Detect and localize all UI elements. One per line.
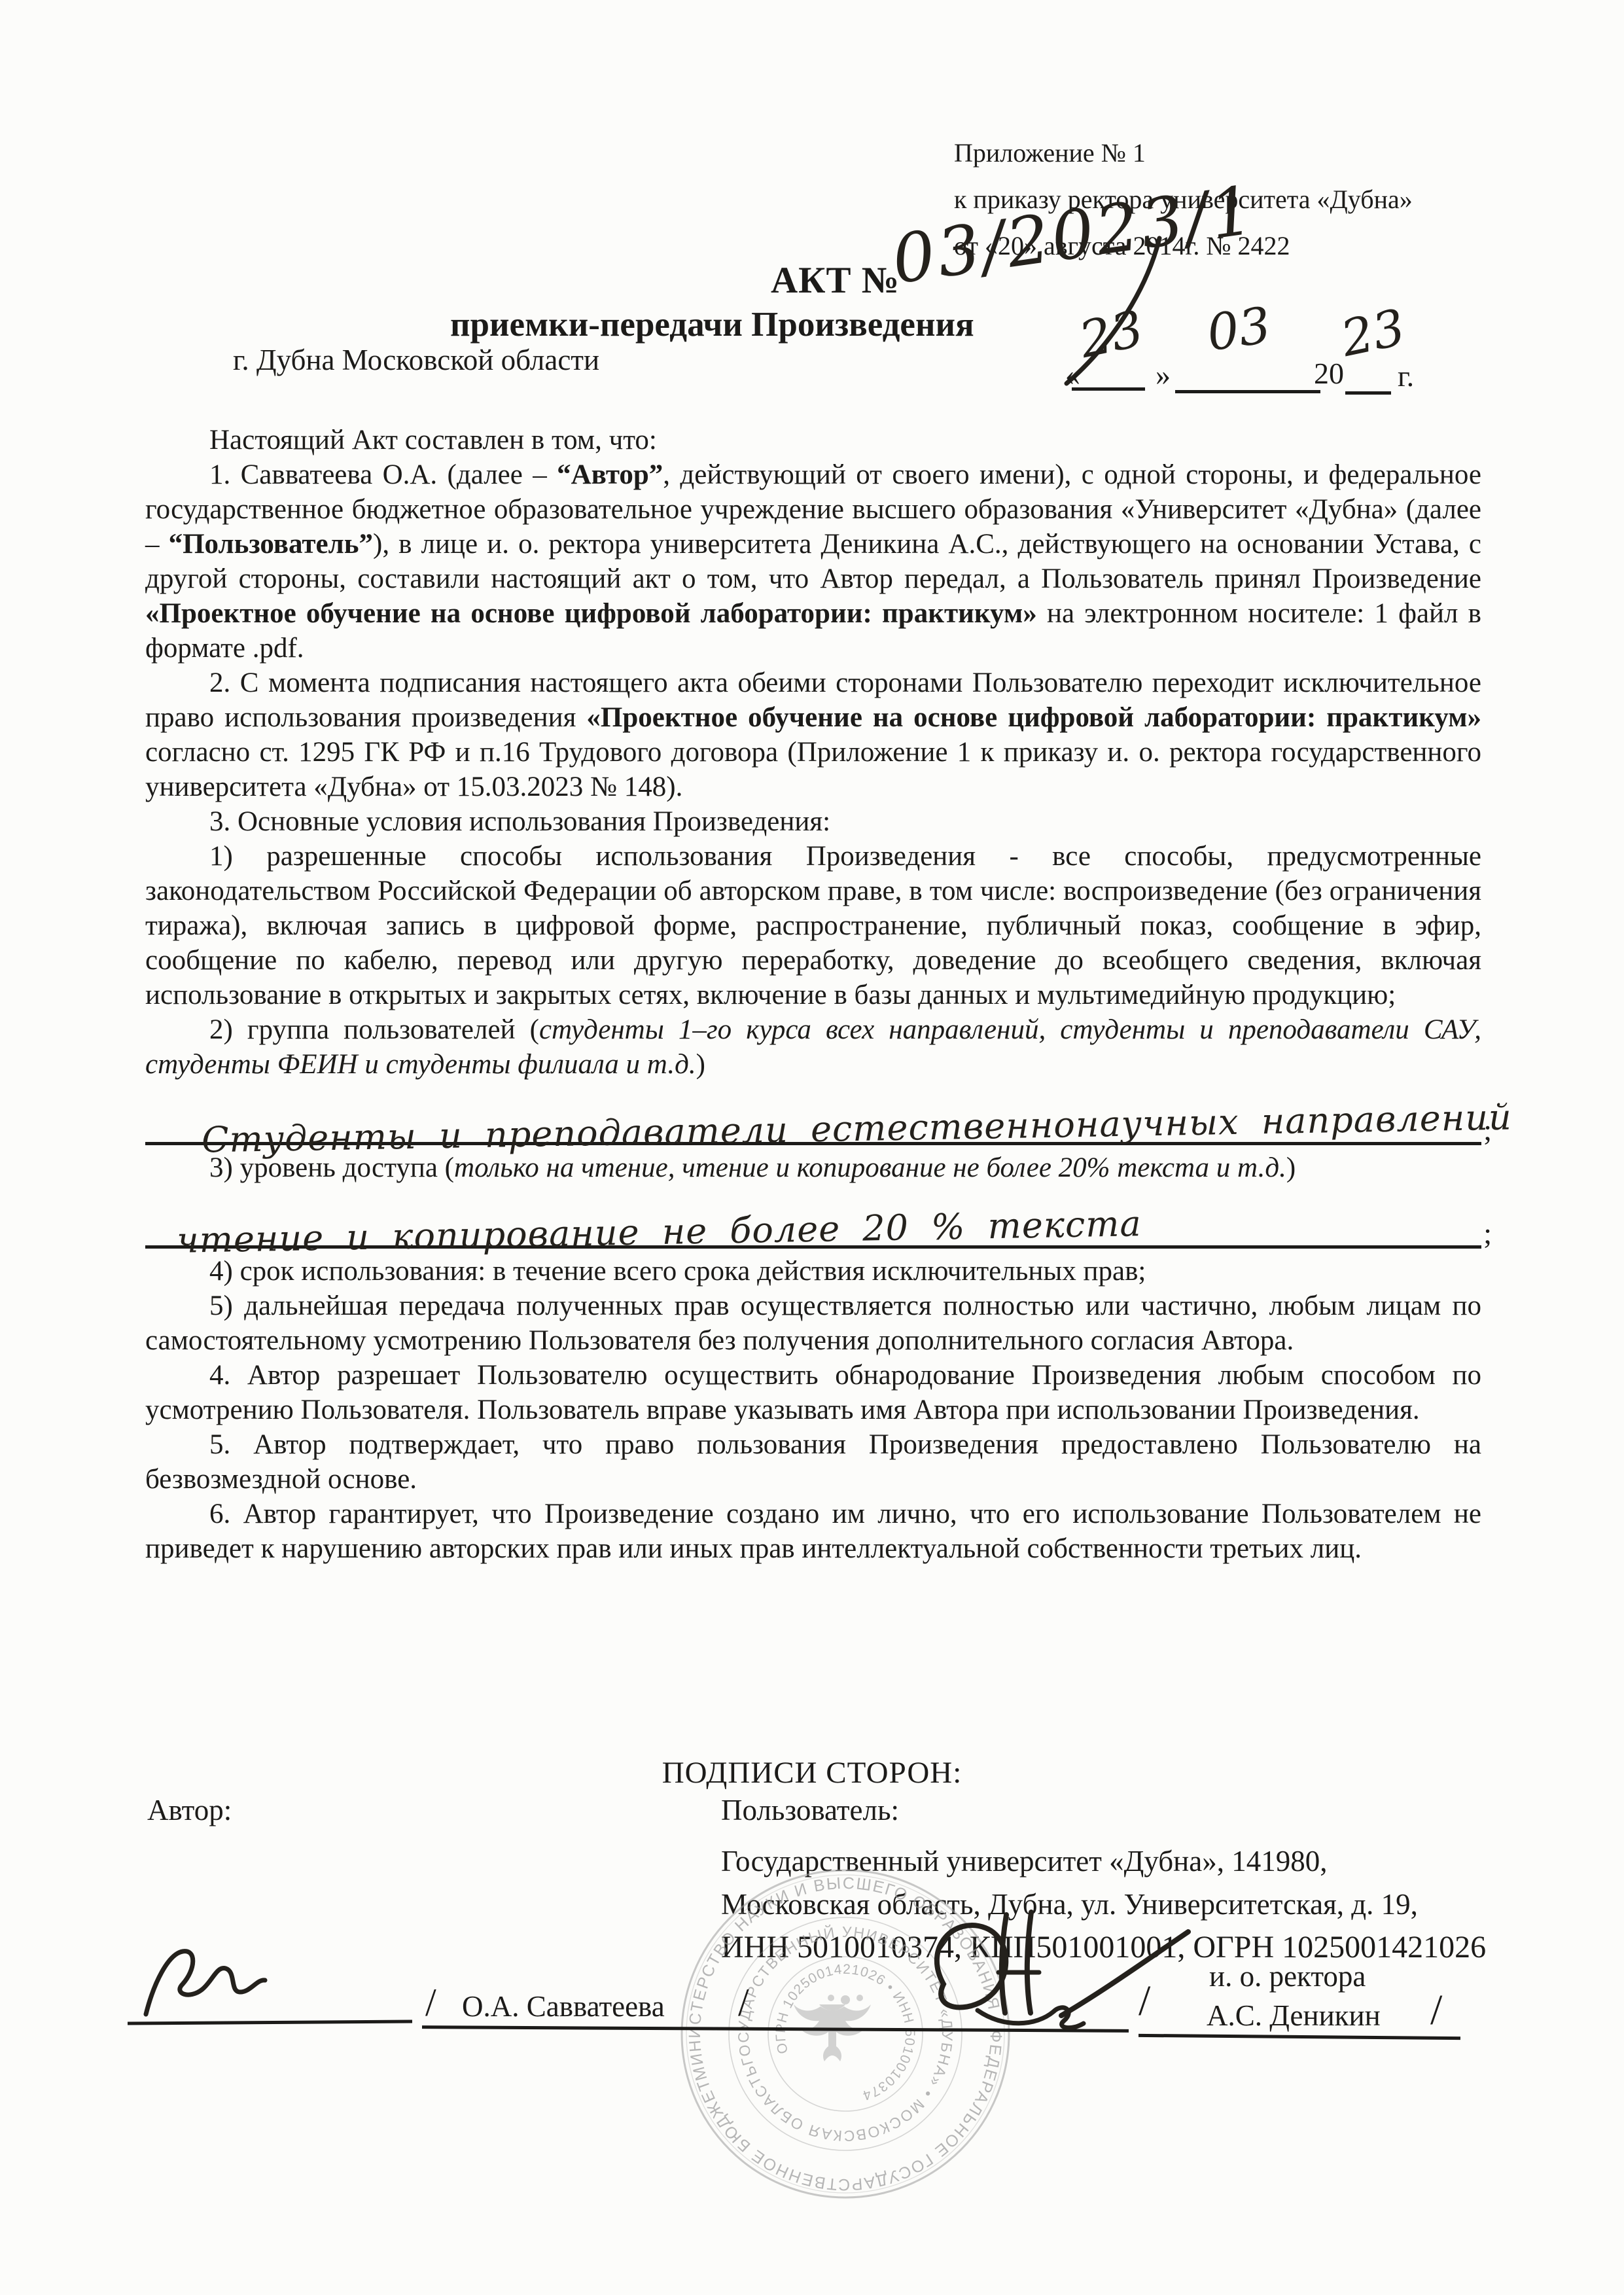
date-day-handwritten: 23 <box>1074 299 1148 369</box>
date-year-suffix: г. <box>1398 359 1414 393</box>
paragraph: 4) срок использования: в течение всего с… <box>145 1254 1481 1289</box>
date-day-underline <box>1072 387 1145 391</box>
scanned-act-document: Приложение № 1 к приказу ректора универс… <box>0 0 1624 2295</box>
date-month-underline <box>1175 390 1320 393</box>
date-year-underline <box>1345 391 1391 395</box>
author-signature-autograph <box>134 1936 330 2031</box>
paragraph: 1) разрешенные способы использования Про… <box>145 839 1481 1012</box>
author-label: Автор: <box>147 1793 232 1827</box>
paragraph: 5) дальнейшая передача полученных прав о… <box>145 1289 1481 1358</box>
body: Настоящий Акт составлен в том, что:1. Са… <box>145 423 1481 1566</box>
separator-slash: / <box>425 1980 436 2025</box>
fill-line-suffix: ; <box>1483 1216 1492 1251</box>
date-month-handwritten: 03 <box>1203 296 1274 363</box>
date-of-signing: « 23 » 03 20 23 г. <box>1060 306 1453 404</box>
author-name: О.А. Савватеева <box>462 1989 665 2023</box>
paragraph: 3. Основные условия использования Произв… <box>145 804 1481 839</box>
handwritten-entry: Студенты и преподаватели естественнонауч… <box>202 1100 1513 1158</box>
date-year-prefix: 20 <box>1314 356 1344 391</box>
separator-slash: / <box>738 1980 749 2025</box>
paragraph: 6. Автор гарантирует, что Произведение с… <box>145 1497 1481 1566</box>
paragraph: 1. Савватеева О.А. (далее – “Автор”, дей… <box>145 457 1481 666</box>
place-of-signing: г. Дубна Московской области <box>233 343 599 377</box>
paragraph: 2. С момента подписания настоящего акта … <box>145 666 1481 804</box>
handwritten-fill-line: Студенты и преподаватели естественнонауч… <box>145 1084 1481 1145</box>
rector-signature-autograph <box>865 1906 1205 2046</box>
appendix-line1: Приложение № 1 <box>954 130 1413 176</box>
handwritten-fill-line: чтение и копирование не более 20 % текст… <box>145 1188 1481 1249</box>
paragraph: 5. Автор подтверждает, что право пользов… <box>145 1427 1481 1497</box>
act-subtitle: приемки-передачи Произведения <box>450 305 974 344</box>
date-close-quote: » <box>1156 357 1171 392</box>
fill-line-suffix: ; <box>1483 1112 1492 1147</box>
date-year-handwritten: 23 <box>1336 298 1410 368</box>
signatures-heading: ПОДПИСИ СТОРОН: <box>0 1755 1624 1790</box>
separator-slash: / <box>1430 1985 1442 2035</box>
handwritten-entry: чтение и копирование не более 20 % текст… <box>177 1206 1142 1258</box>
rector-name: А.С. Деникин <box>1207 1999 1381 2033</box>
paragraph: 4. Автор разрешает Пользователю осуществ… <box>145 1358 1481 1427</box>
paragraph: 2) группа пользователей (студенты 1–го к… <box>145 1012 1481 1082</box>
act-title-label: АКТ № <box>771 259 900 302</box>
paragraph: Настоящий Акт составлен в том, что: <box>145 423 1481 457</box>
rector-title: и. о. ректора <box>1209 1959 1366 1993</box>
user-label: Пользователь: <box>721 1793 899 1827</box>
